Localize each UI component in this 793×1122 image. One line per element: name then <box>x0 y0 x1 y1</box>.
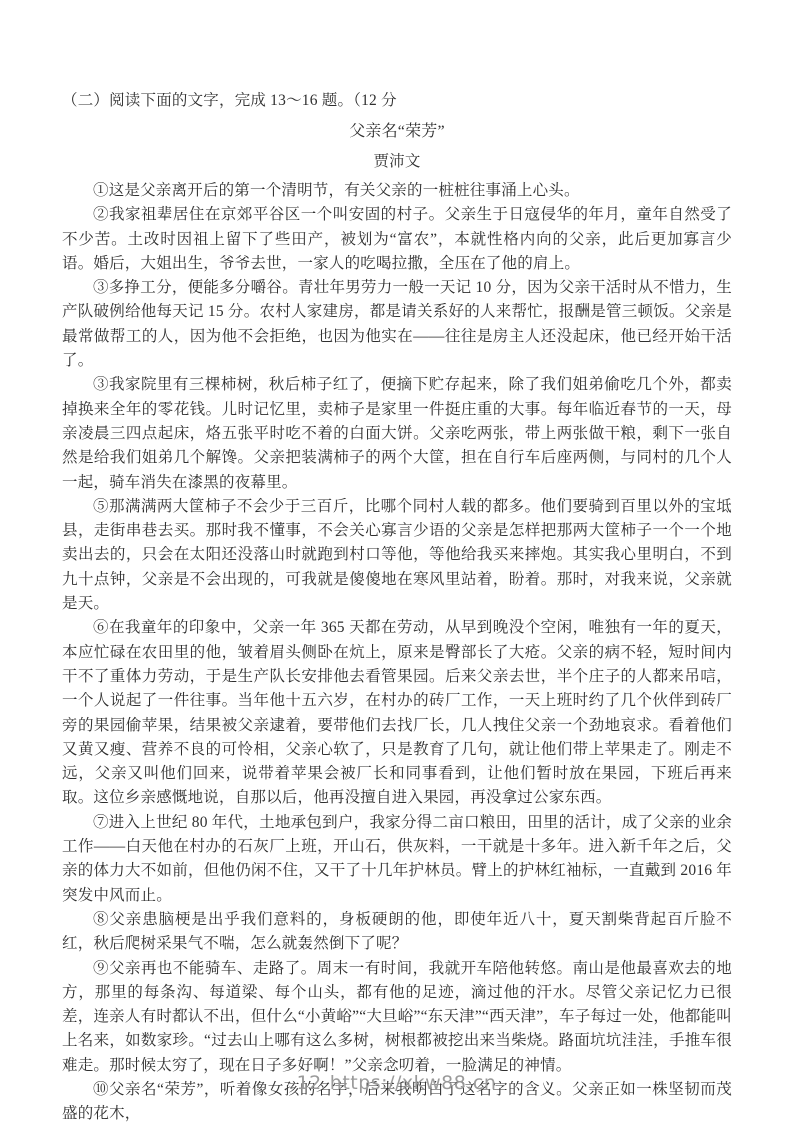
paragraph: ③多挣工分，便能多分嚼谷。青壮年男劳力一般一天记 10 分，因为父亲干活时从不惜… <box>62 276 732 373</box>
paragraph: ③我家院里有三棵柿树，秋后柿子红了，便摘下贮存起来，除了我们姐弟偷吃几个外，都卖… <box>62 373 732 494</box>
paragraph: ⑦进入上世纪 80 年代，土地承包到户，我家分得二亩口粮田，田里的活计，成了父亲… <box>62 811 732 908</box>
paragraph: ⑤那满满两大筐柿子不会少于三百斤，比哪个同村人载的都多。他们要骑到百里以外的宝坻… <box>62 495 732 616</box>
section-header: （二）阅读下面的文字，完成 13～16 题。（12 分 <box>62 88 732 114</box>
paragraph: ②我家祖辈居住在京郊平谷区一个叫安固的村子。父亲生于日寇侵华的年月，童年自然受了… <box>62 203 732 276</box>
reading-passage: （二）阅读下面的文字，完成 13～16 题。（12 分 父亲名“荣芳” 贾沛文 … <box>62 88 732 1122</box>
page-number: 12 <box>297 1072 322 1094</box>
paragraph: ⑥在我童年的印象中，父亲一年 365 天都在劳动，从早到晚没个空闲，唯独有一年的… <box>62 616 732 810</box>
passage-title: 父亲名“荣芳” <box>62 117 732 147</box>
page-footer: 12https://xkw88.cn <box>0 1072 793 1094</box>
document-page: （二）阅读下面的文字，完成 13～16 题。（12 分 父亲名“荣芳” 贾沛文 … <box>0 0 793 1122</box>
footer-url: https://xkw88.cn <box>330 1072 497 1094</box>
passage-author: 贾沛文 <box>62 147 732 177</box>
paragraph: ①这是父亲离开后的第一个清明节，有关父亲的一桩桩往事涌上心头。 <box>62 179 732 203</box>
paragraph: ⑨父亲再也不能骑车、走路了。周末一有时间，我就开车陪他转悠。南山是他最喜欢去的地… <box>62 957 732 1078</box>
paragraph: ⑧父亲患脑梗是出乎我们意料的，身板硬朗的他，即使年近八十，夏天割柴背起百斤脸不红… <box>62 908 732 957</box>
